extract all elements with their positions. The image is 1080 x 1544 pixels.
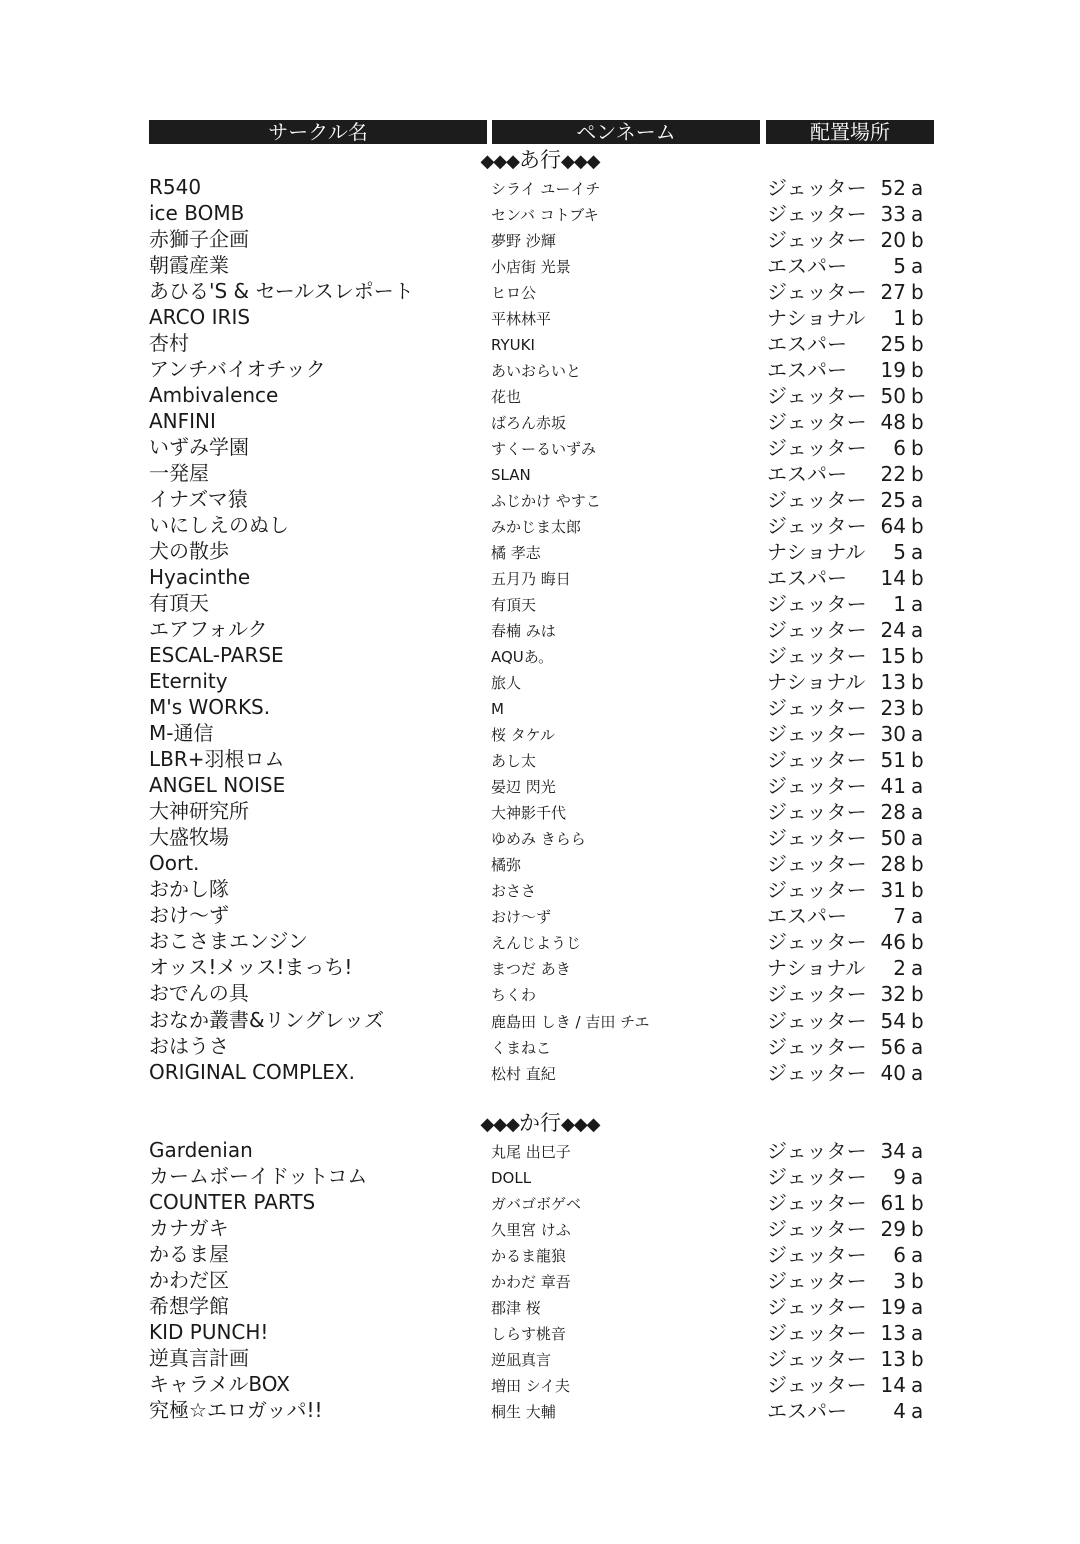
hall-name: エスパー	[767, 461, 847, 487]
table-row: Ambivalence花也ジェッター50b	[0, 382, 1080, 408]
table-row: ORIGINAL COMPLEX.松村 直紀ジェッター40a	[0, 1059, 1080, 1085]
space-number: 33	[868, 201, 906, 227]
circle-name: ice BOMB	[149, 200, 244, 226]
hall-name: ジェッター	[767, 773, 867, 799]
table-row: おでんの具ちくわジェッター32b	[0, 980, 1080, 1006]
table-row: 朝霞産業小店街 光景エスパー5a	[0, 252, 1080, 278]
pen-name: 五月乃 晦日	[491, 566, 571, 592]
space-number: 14	[868, 565, 906, 591]
pen-name: M	[491, 696, 504, 722]
table-row: オッス!メッス!まっち!まつだ あきナショナル2a	[0, 954, 1080, 980]
pen-name: えんじようじ	[491, 930, 581, 956]
table-row: おなか叢書&リングレッズ鹿島田 しき / 吉田 チエジェッター54b	[0, 1007, 1080, 1033]
table-row: 有頂天有頂天ジェッター1a	[0, 590, 1080, 616]
column-header-circle-name: サークル名	[149, 120, 487, 144]
hall-name: ナショナル	[767, 955, 865, 981]
hall-name: ジェッター	[767, 591, 867, 617]
hall-name: ジェッター	[767, 279, 867, 305]
table-row: ice BOMBセンバ コトブキジェッター33a	[0, 200, 1080, 226]
pen-name: 大神影千代	[491, 800, 566, 826]
space-side: a	[911, 1034, 923, 1060]
space-number: 1	[868, 305, 906, 331]
space-side: b	[911, 1346, 924, 1372]
pen-name: シライ ユーイチ	[491, 176, 600, 202]
space-side: b	[911, 851, 924, 877]
space-number: 1	[868, 591, 906, 617]
space-number: 9	[868, 1164, 906, 1190]
pen-name: 逆凪真言	[491, 1347, 551, 1373]
hall-name: ジェッター	[767, 1372, 867, 1398]
space-number: 52	[868, 175, 906, 201]
table-row: イナズマ猿ふじかけ やすこジェッター25a	[0, 486, 1080, 512]
hall-name: ジェッター	[767, 981, 867, 1007]
diamond-icons: ◆◆◆	[561, 1114, 600, 1135]
table-row: KID PUNCH!しらす桃音ジェッター13a	[0, 1319, 1080, 1345]
table-row: 大盛牧場ゆめみ きららジェッター50a	[0, 824, 1080, 850]
hall-name: ジェッター	[767, 825, 867, 851]
diamond-icons: ◆◆◆	[480, 151, 519, 172]
circle-name: 大盛牧場	[149, 824, 229, 850]
space-side: b	[911, 877, 924, 903]
circle-name: 究極☆エロガッパ!!	[149, 1397, 323, 1423]
space-side: b	[911, 695, 924, 721]
space-number: 29	[868, 1216, 906, 1242]
space-side: b	[911, 1268, 924, 1294]
space-number: 48	[868, 409, 906, 435]
space-side: a	[911, 721, 923, 747]
circle-name: いにしえのぬし	[149, 512, 289, 538]
table-row: 大神研究所大神影千代ジェッター28a	[0, 798, 1080, 824]
pen-name: 桜 タケル	[491, 722, 555, 748]
circle-name: 犬の散歩	[149, 538, 229, 564]
space-side: a	[911, 1060, 923, 1086]
circle-name: R540	[149, 174, 201, 200]
circle-name: 赤獅子企画	[149, 226, 249, 252]
column-header-label: 配置場所	[810, 120, 890, 144]
space-number: 15	[868, 643, 906, 669]
space-number: 23	[868, 695, 906, 721]
circle-name: Ambivalence	[149, 382, 278, 408]
space-number: 3	[868, 1268, 906, 1294]
table-row: M's WORKS.Mジェッター23b	[0, 694, 1080, 720]
space-side: a	[911, 773, 923, 799]
circle-name: キャラメルBOX	[149, 1371, 290, 1397]
space-number: 41	[868, 773, 906, 799]
table-row: おはうさくまねこジェッター56a	[0, 1033, 1080, 1059]
circle-name: あひる'S & セールスレポート	[149, 278, 414, 304]
pen-name: SLAN	[491, 462, 531, 488]
section-heading-label: か行	[519, 1111, 561, 1135]
space-side: b	[911, 669, 924, 695]
space-side: b	[911, 1216, 924, 1242]
circle-name: おはうさ	[149, 1033, 229, 1059]
pen-name: AQUあ。	[491, 644, 553, 670]
pen-name: DOLL	[491, 1165, 531, 1191]
circle-name: エアフォルク	[149, 616, 268, 642]
hall-name: エスパー	[767, 253, 847, 279]
pen-name: 有頂天	[491, 592, 536, 618]
space-side: a	[911, 591, 923, 617]
space-side: a	[911, 253, 923, 279]
table-row: Hyacinthe五月乃 晦日エスパー14b	[0, 564, 1080, 590]
circle-name: 希想学館	[149, 1293, 229, 1319]
table-row: ESCAL-PARSEAQUあ。ジェッター15b	[0, 642, 1080, 668]
table-row: 赤獅子企画夢野 沙輝ジェッター20b	[0, 226, 1080, 252]
circle-name: かわだ区	[149, 1267, 229, 1293]
circle-name: 大神研究所	[149, 798, 249, 824]
hall-name: ジェッター	[767, 929, 867, 955]
space-side: a	[911, 825, 923, 851]
section-heading-a-row: ◆◆◆あ行◆◆◆	[0, 147, 1080, 173]
pen-name: あいおらいと	[491, 358, 581, 384]
circle-name: Gardenian	[149, 1137, 253, 1163]
table-row: 希想学館郡津 桜ジェッター19a	[0, 1293, 1080, 1319]
hall-name: エスパー	[767, 331, 847, 357]
hall-name: ジェッター	[767, 1138, 867, 1164]
pen-name: 小店街 光景	[491, 254, 571, 280]
pen-name: 橘弥	[491, 852, 521, 878]
hall-name: ジェッター	[767, 617, 867, 643]
space-number: 13	[868, 669, 906, 695]
hall-name: エスパー	[767, 357, 847, 383]
hall-name: エスパー	[767, 565, 847, 591]
space-number: 34	[868, 1138, 906, 1164]
table-row: エアフォルク春楠 みはジェッター24a	[0, 616, 1080, 642]
hall-name: ジェッター	[767, 695, 867, 721]
space-number: 20	[868, 227, 906, 253]
space-side: a	[911, 201, 923, 227]
table-row: おこさまエンジンえんじようじジェッター46b	[0, 928, 1080, 954]
circle-name: 朝霞産業	[149, 252, 229, 278]
column-header-label: ペンネーム	[576, 120, 675, 144]
table-row: Eternity旅人ナショナル13b	[0, 668, 1080, 694]
diamond-icons: ◆◆◆	[561, 151, 600, 172]
pen-name: 桐生 大輔	[491, 1399, 556, 1425]
space-side: b	[911, 1190, 924, 1216]
space-number: 50	[868, 825, 906, 851]
table-row: 一発屋SLANエスパー22b	[0, 460, 1080, 486]
pen-name: あし太	[491, 748, 536, 774]
table-row: カナガキ久里宮 けふジェッター29b	[0, 1215, 1080, 1241]
space-number: 19	[868, 1294, 906, 1320]
table-row: カームボーイドットコムDOLLジェッター9a	[0, 1163, 1080, 1189]
space-side: a	[911, 955, 923, 981]
hall-name: ジェッター	[767, 1190, 867, 1216]
pen-name: 夢野 沙輝	[491, 228, 556, 254]
pen-name: 花也	[491, 384, 521, 410]
circle-name: ORIGINAL COMPLEX.	[149, 1059, 355, 1085]
table-row: 究極☆エロガッパ!!桐生 大輔エスパー4a	[0, 1397, 1080, 1423]
hall-name: ジェッター	[767, 1034, 867, 1060]
hall-name: ジェッター	[767, 175, 867, 201]
column-header-pen-name: ペンネーム	[492, 120, 760, 144]
space-number: 46	[868, 929, 906, 955]
space-number: 5	[868, 253, 906, 279]
circle-name: オッス!メッス!まっち!	[149, 954, 352, 980]
hall-name: ナショナル	[767, 669, 865, 695]
hall-name: エスパー	[767, 903, 847, 929]
space-number: 13	[868, 1346, 906, 1372]
space-number: 28	[868, 799, 906, 825]
hall-name: ジェッター	[767, 799, 867, 825]
circle-list-a-row: R540シライ ユーイチジェッター52aice BOMBセンバ コトブキジェッタ…	[0, 174, 1080, 1085]
pen-name: まつだ あき	[491, 956, 571, 982]
pen-name: 橘 孝志	[491, 540, 541, 566]
space-number: 56	[868, 1034, 906, 1060]
pen-name: おけ～ず	[491, 904, 551, 930]
pen-name: 旅人	[491, 670, 521, 696]
space-number: 54	[868, 1008, 906, 1034]
space-side: a	[911, 175, 923, 201]
circle-name: 杏村	[149, 330, 189, 356]
space-side: a	[911, 1294, 923, 1320]
pen-name: すくーるいずみ	[491, 436, 596, 462]
pen-name: ヒロ公	[491, 280, 536, 306]
pen-name: ガバゴボゲベ	[491, 1191, 581, 1217]
table-row: 犬の散歩橘 孝志ナショナル5a	[0, 538, 1080, 564]
table-row: 杏村RYUKIエスパー25b	[0, 330, 1080, 356]
space-side: a	[911, 1138, 923, 1164]
space-number: 31	[868, 877, 906, 903]
circle-name: Eternity	[149, 668, 228, 694]
circle-name: M-通信	[149, 720, 213, 746]
pen-name: 鹿島田 しき / 吉田 チエ	[491, 1009, 650, 1035]
hall-name: ジェッター	[767, 877, 867, 903]
space-side: b	[911, 929, 924, 955]
table-row: おかし隊おささジェッター31b	[0, 876, 1080, 902]
space-side: b	[911, 1008, 924, 1034]
table-row: キャラメルBOX増田 シイ夫ジェッター14a	[0, 1371, 1080, 1397]
space-side: b	[911, 435, 924, 461]
hall-name: ジェッター	[767, 1268, 867, 1294]
hall-name: ジェッター	[767, 1008, 867, 1034]
circle-name: COUNTER PARTS	[149, 1189, 315, 1215]
space-side: b	[911, 643, 924, 669]
pen-name: ふじかけ やすこ	[491, 488, 601, 514]
table-row: いずみ学園すくーるいずみジェッター6b	[0, 434, 1080, 460]
circle-name: M's WORKS.	[149, 694, 270, 720]
circle-name: 一発屋	[149, 460, 209, 486]
table-row: かわだ区かわだ 章吾ジェッター3b	[0, 1267, 1080, 1293]
hall-name: ナショナル	[767, 539, 865, 565]
space-number: 40	[868, 1060, 906, 1086]
space-side: b	[911, 305, 924, 331]
space-number: 24	[868, 617, 906, 643]
column-header-label: サークル名	[268, 120, 367, 144]
space-number: 32	[868, 981, 906, 1007]
space-number: 22	[868, 461, 906, 487]
pen-name: みかじま太郎	[491, 514, 581, 540]
pen-name: おささ	[491, 878, 536, 904]
pen-name: 久里宮 けふ	[491, 1217, 571, 1243]
circle-name: 有頂天	[149, 590, 209, 616]
hall-name: ジェッター	[767, 409, 867, 435]
space-number: 5	[868, 539, 906, 565]
space-number: 6	[868, 1242, 906, 1268]
space-side: a	[911, 903, 923, 929]
hall-name: ジェッター	[767, 721, 867, 747]
table-row: ANGEL NOISE晏辺 閃光ジェッター41a	[0, 772, 1080, 798]
space-side: b	[911, 227, 924, 253]
table-row: Oort.橘弥ジェッター28b	[0, 850, 1080, 876]
space-side: b	[911, 461, 924, 487]
pen-name: ちくわ	[491, 982, 536, 1008]
space-number: 30	[868, 721, 906, 747]
pen-name: 丸尾 出巳子	[491, 1139, 571, 1165]
pen-name: しらす桃音	[491, 1321, 566, 1347]
circle-name: おでんの具	[149, 980, 249, 1006]
space-side: a	[911, 799, 923, 825]
space-side: b	[911, 981, 924, 1007]
table-row: Gardenian丸尾 出巳子ジェッター34a	[0, 1137, 1080, 1163]
space-number: 6	[868, 435, 906, 461]
circle-name: おけ～ず	[149, 902, 229, 928]
section-heading-ka-row: ◆◆◆か行◆◆◆	[0, 1110, 1080, 1136]
table-row: いにしえのぬしみかじま太郎ジェッター64b	[0, 512, 1080, 538]
hall-name: ジェッター	[767, 227, 867, 253]
hall-name: ジェッター	[767, 487, 867, 513]
space-number: 2	[868, 955, 906, 981]
pen-name: 晏辺 閃光	[491, 774, 556, 800]
pen-name: かわだ 章吾	[491, 1269, 571, 1295]
circle-name: おなか叢書&リングレッズ	[149, 1007, 384, 1033]
hall-name: ジェッター	[767, 435, 867, 461]
pen-name: 松村 直紀	[491, 1061, 556, 1087]
space-number: 50	[868, 383, 906, 409]
table-row: LBR+羽根ロムあし太ジェッター51b	[0, 746, 1080, 772]
circle-name: カナガキ	[149, 1215, 229, 1241]
circle-name: かるま屋	[149, 1241, 229, 1267]
space-side: b	[911, 357, 924, 383]
table-row: M-通信桜 タケルジェッター30a	[0, 720, 1080, 746]
circle-name: LBR+羽根ロム	[149, 746, 285, 772]
pen-name: かるま龍狼	[491, 1243, 566, 1269]
circle-name: ANFINI	[149, 408, 216, 434]
hall-name: ジェッター	[767, 1242, 867, 1268]
pen-name: 増田 シイ夫	[491, 1373, 570, 1399]
space-side: a	[911, 1320, 923, 1346]
space-side: a	[911, 487, 923, 513]
diamond-icons: ◆◆◆	[480, 1114, 519, 1135]
circle-name: ARCO IRIS	[149, 304, 250, 330]
space-side: a	[911, 1164, 923, 1190]
table-row: ARCO IRIS平林林平ナショナル1b	[0, 304, 1080, 330]
circle-name: おこさまエンジン	[149, 928, 308, 954]
table-row: おけ～ずおけ～ずエスパー7a	[0, 902, 1080, 928]
hall-name: ジェッター	[767, 1164, 867, 1190]
space-number: 4	[868, 1398, 906, 1424]
space-number: 13	[868, 1320, 906, 1346]
hall-name: ジェッター	[767, 513, 867, 539]
pen-name: 平林林平	[491, 306, 551, 332]
space-side: b	[911, 565, 924, 591]
space-number: 64	[868, 513, 906, 539]
circle-name: アンチバイオチック	[149, 356, 326, 382]
hall-name: ジェッター	[767, 1060, 867, 1086]
space-side: b	[911, 409, 924, 435]
table-row: R540シライ ユーイチジェッター52a	[0, 174, 1080, 200]
table-row: あひる'S & セールスレポートヒロ公ジェッター27b	[0, 278, 1080, 304]
circle-name: ANGEL NOISE	[149, 772, 285, 798]
hall-name: ジェッター	[767, 1346, 867, 1372]
space-number: 7	[868, 903, 906, 929]
space-side: a	[911, 1398, 923, 1424]
pen-name: 春楠 みは	[491, 618, 556, 644]
space-number: 51	[868, 747, 906, 773]
hall-name: ジェッター	[767, 1216, 867, 1242]
table-row: ANFINIばろん赤坂ジェッター48b	[0, 408, 1080, 434]
hall-name: ジェッター	[767, 1320, 867, 1346]
circle-name: Hyacinthe	[149, 564, 250, 590]
pen-name: 郡津 桜	[491, 1295, 541, 1321]
space-number: 19	[868, 357, 906, 383]
hall-name: ジェッター	[767, 851, 867, 877]
hall-name: ジェッター	[767, 383, 867, 409]
space-side: b	[911, 747, 924, 773]
space-side: b	[911, 331, 924, 357]
space-side: a	[911, 539, 923, 565]
table-row: アンチバイオチックあいおらいとエスパー19b	[0, 356, 1080, 382]
space-number: 28	[868, 851, 906, 877]
circle-name: いずみ学園	[149, 434, 249, 460]
space-number: 14	[868, 1372, 906, 1398]
hall-name: ナショナル	[767, 305, 865, 331]
circle-name: イナズマ猿	[149, 486, 248, 512]
pen-name: ばろん赤坂	[491, 410, 566, 436]
hall-name: エスパー	[767, 1398, 847, 1424]
circle-name: おかし隊	[149, 876, 229, 902]
space-side: b	[911, 279, 924, 305]
space-side: a	[911, 617, 923, 643]
circle-list-ka-row: Gardenian丸尾 出巳子ジェッター34aカームボーイドットコムDOLLジェ…	[0, 1137, 1080, 1423]
hall-name: ジェッター	[767, 201, 867, 227]
table-row: かるま屋かるま龍狼ジェッター6a	[0, 1241, 1080, 1267]
pen-name: ゆめみ きらら	[491, 826, 586, 852]
space-number: 25	[868, 487, 906, 513]
circle-name: Oort.	[149, 850, 199, 876]
space-side: b	[911, 513, 924, 539]
pen-name: くまねこ	[491, 1035, 551, 1061]
circle-name: KID PUNCH!	[149, 1319, 268, 1345]
column-header-location: 配置場所	[766, 120, 934, 144]
table-row: COUNTER PARTSガバゴボゲベジェッター61b	[0, 1189, 1080, 1215]
space-side: b	[911, 383, 924, 409]
space-side: a	[911, 1372, 923, 1398]
pen-name: RYUKI	[491, 332, 535, 358]
hall-name: ジェッター	[767, 747, 867, 773]
circle-name: ESCAL-PARSE	[149, 642, 284, 668]
space-number: 61	[868, 1190, 906, 1216]
space-number: 27	[868, 279, 906, 305]
space-number: 25	[868, 331, 906, 357]
table-row: 逆真言計画逆凪真言ジェッター13b	[0, 1345, 1080, 1371]
space-side: a	[911, 1242, 923, 1268]
section-heading-label: あ行	[519, 148, 561, 172]
circle-name: 逆真言計画	[149, 1345, 249, 1371]
hall-name: ジェッター	[767, 643, 867, 669]
hall-name: ジェッター	[767, 1294, 867, 1320]
pen-name: センバ コトブキ	[491, 202, 599, 228]
circle-name: カームボーイドットコム	[149, 1163, 367, 1189]
